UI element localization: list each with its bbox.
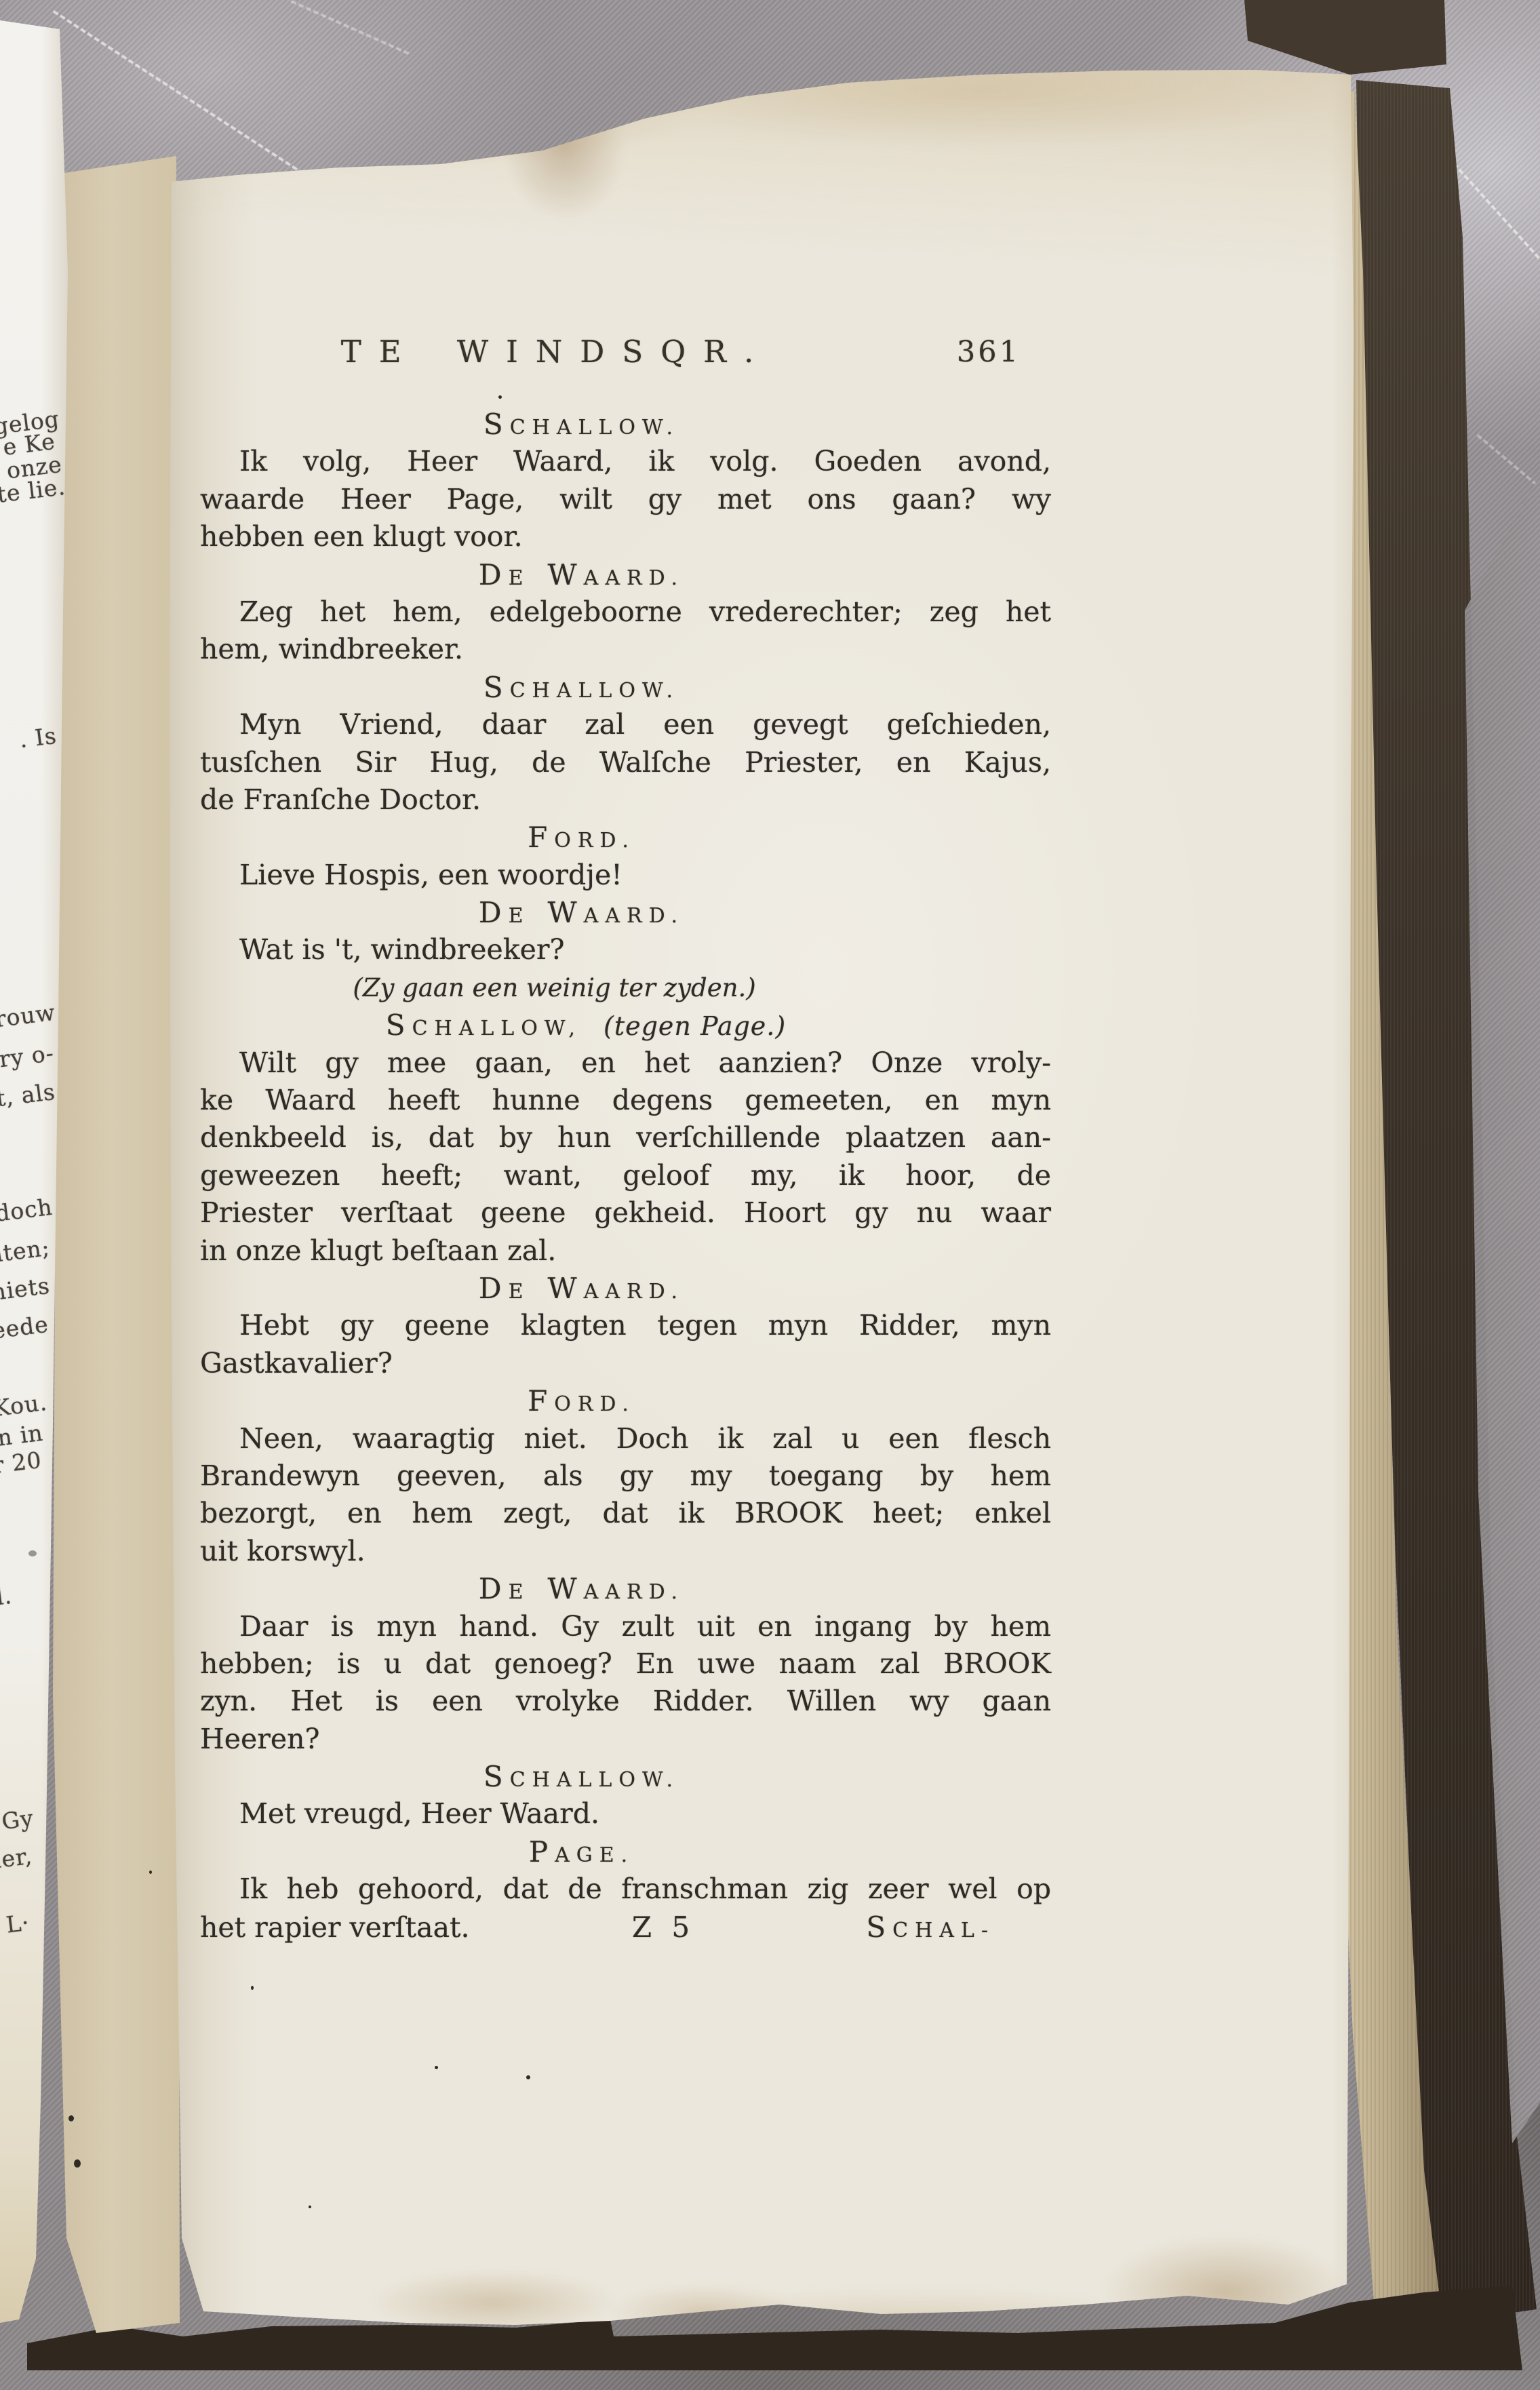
dialogue-line: Myn Vriend, daar zal een gevegt geſchied…	[200, 706, 1051, 743]
speaker-heading: DEWAARD.	[200, 1570, 1051, 1607]
speaker-heading: DEWAARD.	[200, 894, 1051, 931]
speaker-heading: SCHALLOW.	[200, 406, 1051, 443]
ink-speck	[251, 1986, 254, 1990]
stage-direction: (Zy gaan een weinig ter zyden.)	[200, 969, 1051, 1006]
speaker-heading: SCHALLOW.	[200, 1758, 1051, 1795]
dialogue-line: tusſchen Sir Hug, de Walſche Priester, e…	[200, 744, 1051, 781]
dialogue-line: ke Waard heeft hunne degens gemeeten, en…	[200, 1082, 1051, 1119]
dialogue-line: hebben; is u dat genoeg? En uwe naam zal…	[200, 1645, 1051, 1683]
footer-line: het rapier verſtaat.Z 5SCHAL-	[200, 1908, 1051, 1946]
speaker-heading: PAGE.	[200, 1833, 1051, 1870]
dialogue-line: Wilt gy mee gaan, en het aanzien? Onze v…	[200, 1044, 1051, 1082]
ink-speck	[498, 395, 502, 399]
dialogue-line: Zeg het hem, edelgeboorne vrederechter; …	[200, 593, 1051, 631]
ink-speck	[74, 2159, 81, 2168]
dialogue-line: het rapier verſtaat.	[200, 1909, 470, 1946]
dialogue-line: Brandewyn geeven, als gy my toegang by h…	[200, 1457, 1051, 1495]
dialogue-line: Neen, waaragtig niet. Doch ik zal u een …	[200, 1420, 1051, 1457]
page-number: 361	[957, 335, 1021, 369]
dialogue-line: geweezen heeft; want, geloof my, ik hoor…	[200, 1157, 1051, 1194]
dialogue-line: Hebt gy geene klagten tegen myn Ridder, …	[200, 1307, 1051, 1344]
dialogue-line: waarde Heer Page, wilt gy met ons gaan? …	[200, 481, 1051, 518]
gutter-shadow	[47, 153, 190, 2343]
signature-mark: Z 5	[632, 1908, 695, 1946]
dialogue-line: uit korswyl.	[200, 1533, 1051, 1570]
stage-direction-inline: (tegen Page.)	[595, 1011, 786, 1041]
dialogue-line: in onze klugt beſtaan zal.	[200, 1232, 1051, 1270]
dialogue-line: Ik heb gehoord, dat de franschman zig ze…	[200, 1870, 1051, 1908]
dialogue-line: hem, windbreeker.	[200, 631, 1051, 668]
dialogue-line: Ik volg, Heer Waard, ik volg. Goeden avo…	[200, 443, 1051, 480]
speaker-heading: SCHALLOW.	[200, 669, 1051, 706]
speaker-heading: SCHALLOW, (tegen Page.)	[200, 1006, 1051, 1044]
speaker-heading: DEWAARD.	[200, 556, 1051, 593]
speaker-heading: FORD.	[200, 1382, 1051, 1419]
ink-speck	[28, 1550, 37, 1556]
dialogue-line: de Franſche Doctor.	[200, 781, 1051, 819]
running-title: TE WINDSQR.	[200, 334, 1051, 370]
dialogue-line: denkbeeld is, dat by hun verſchillende p…	[200, 1119, 1051, 1156]
ink-speck	[309, 2206, 311, 2208]
dialogue-line: zyn. Het is een vrolyke Ridder. Willen w…	[200, 1683, 1051, 1720]
text-block: SCHALLOW.Ik volg, Heer Waard, ik volg. G…	[200, 406, 1051, 1946]
ink-speck	[149, 1870, 152, 1874]
dialogue-line: Daar is myn hand. Gy zult uit en ingang …	[200, 1608, 1051, 1645]
catchword: SCHAL-	[857, 1908, 1004, 1949]
book-photo: TE WINDSQR. 361 SCHALLOW.Ik volg, Heer W…	[0, 0, 1540, 2390]
dialogue-line: Lieve Hospis, een woordje!	[200, 857, 1051, 894]
dialogue-line: hebben een klugt voor.	[200, 518, 1051, 555]
ink-speck	[435, 2066, 438, 2069]
speaker-heading: FORD.	[200, 819, 1051, 856]
dialogue-line: Priester verſtaat geene gekheid. Hoort g…	[200, 1194, 1051, 1232]
ink-speck	[68, 2115, 74, 2121]
ink-speck	[526, 2075, 530, 2079]
dialogue-line: Wat is 't, windbreeker?	[200, 931, 1051, 968]
dialogue-line: Heeren?	[200, 1721, 1051, 1758]
page-header: TE WINDSQR. 361	[200, 334, 1051, 381]
dialogue-line: Gastkavalier?	[200, 1345, 1051, 1382]
dialogue-line: bezorgt, en hem zegt, dat ik BROOK heet;…	[200, 1495, 1051, 1532]
speaker-heading: DEWAARD.	[200, 1270, 1051, 1307]
dialogue-line: Met vreugd, Heer Waard.	[200, 1795, 1051, 1833]
